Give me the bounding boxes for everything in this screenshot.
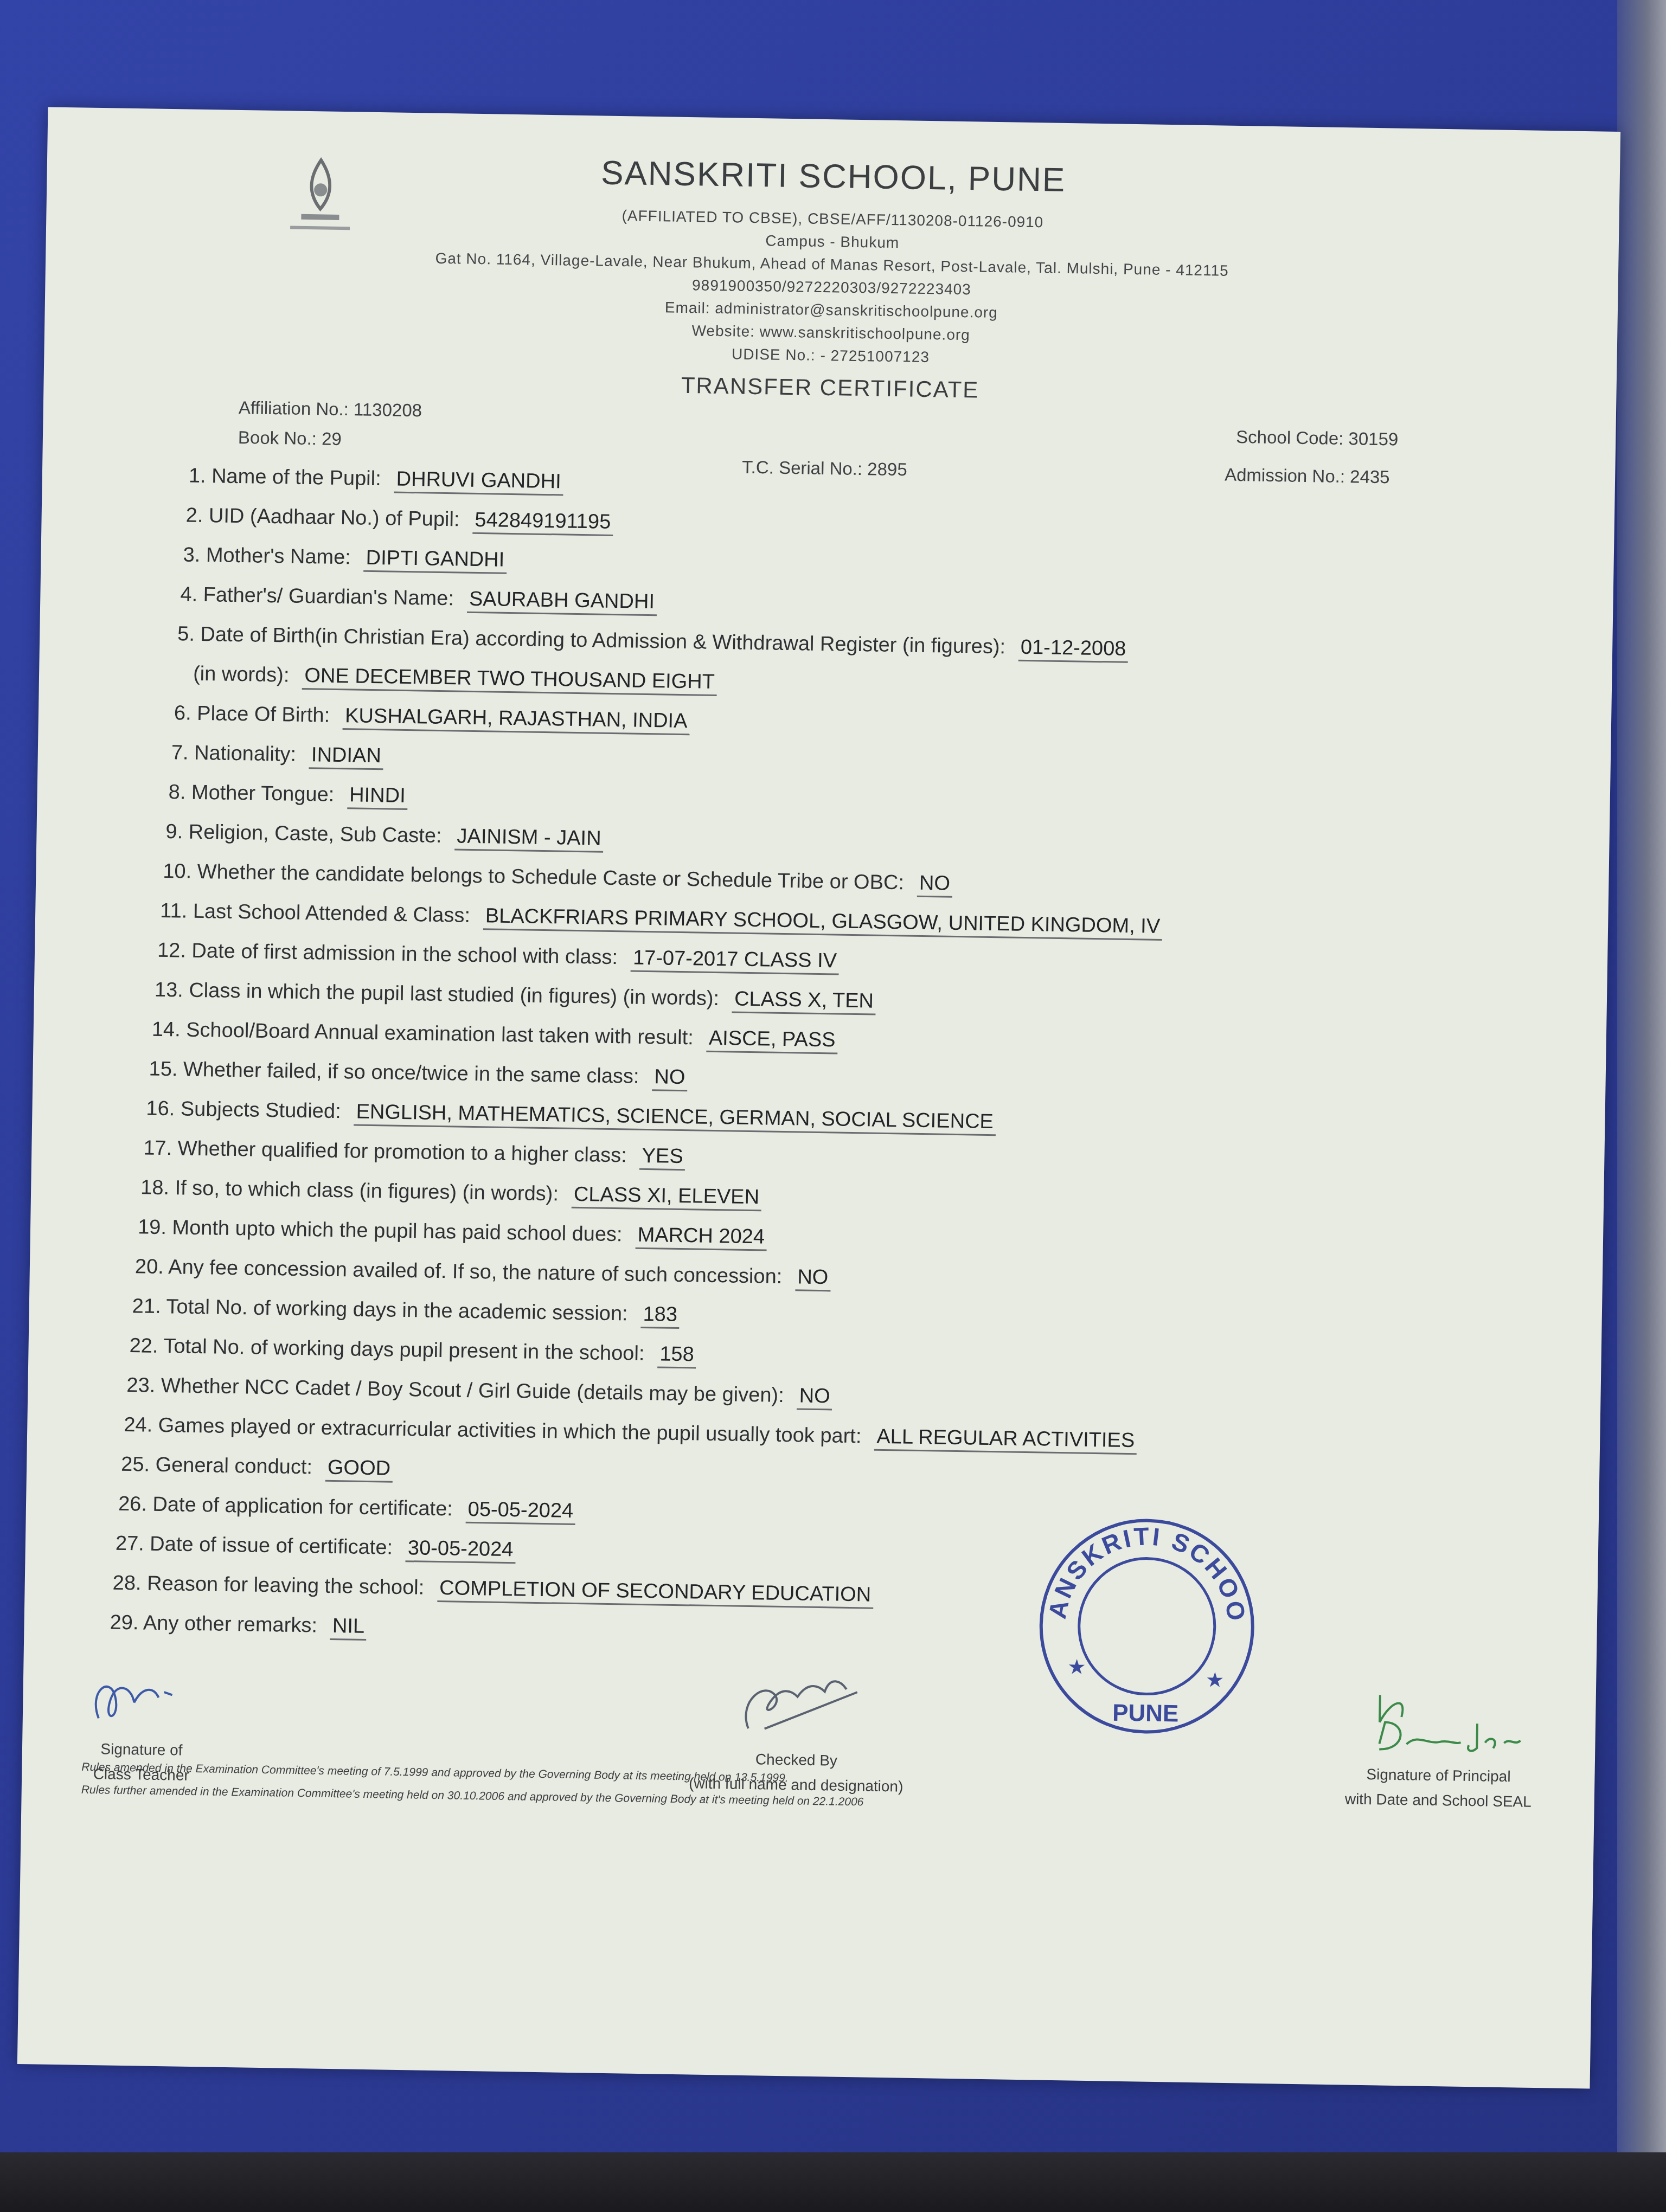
field-value: AISCE, PASS — [706, 1027, 837, 1054]
field-value: NO — [797, 1384, 832, 1410]
field-value: 01-12-2008 — [1018, 636, 1129, 663]
field-label: 1. Name of the Pupil: — [189, 465, 381, 491]
field-label: 2. UID (Aadhaar No.) of Pupil: — [185, 504, 459, 531]
field-label: 15. Whether failed, if so once/twice in … — [149, 1058, 639, 1088]
affiliation-no: Affiliation No.: 1130208 — [239, 397, 422, 421]
certificate-header: SANSKRITI SCHOOL, PUNE (AFFILIATED TO CB… — [43, 145, 1620, 413]
field-label: 5. Date of Birth(in Christian Era) accor… — [177, 622, 1005, 658]
svg-text:SANSKRITI SCHOOL: SANSKRITI SCHOOL — [1031, 1510, 1253, 1625]
field-value: NO — [795, 1265, 831, 1291]
field-value: NIL — [330, 1615, 367, 1641]
field-value: GOOD — [325, 1456, 393, 1483]
field-value: YES — [639, 1144, 685, 1171]
field-value: JAINISM - JAIN — [454, 825, 604, 852]
svg-text:★: ★ — [1206, 1668, 1225, 1692]
field-value: 17-07-2017 CLASS IV — [631, 947, 840, 975]
field-label: 27. Date of issue of certificate: — [116, 1532, 393, 1559]
floor — [0, 2152, 1666, 2212]
field-value: COMPLETION OF SECONDARY EDUCATION — [437, 1577, 874, 1609]
signature-mark-icon — [82, 1669, 203, 1731]
field-label: 9. Religion, Caste, Sub Caste: — [165, 820, 442, 847]
field-value: HINDI — [347, 783, 408, 810]
field-label: 22. Total No. of working days pupil pres… — [129, 1334, 644, 1365]
field-value: MARCH 2024 — [635, 1224, 767, 1251]
field-label: 20. Any fee concession availed of. If so… — [135, 1255, 783, 1288]
field-label: 28. Reason for leaving the school: — [112, 1572, 424, 1599]
school-code: School Code: 30159 — [1236, 427, 1399, 450]
field-label: 13. Class in which the pupil last studie… — [155, 979, 720, 1010]
field-value: ALL REGULAR ACTIVITIES — [874, 1425, 1137, 1455]
field-value: 30-05-2024 — [406, 1536, 516, 1564]
field-value: CLASS XI, ELEVEN — [572, 1183, 762, 1211]
field-label: 19. Month upto which the pupil has paid … — [138, 1216, 623, 1246]
field-label: 6. Place Of Birth: — [174, 702, 330, 727]
field-value: SAURABH GANDHI — [466, 588, 657, 616]
certificate-fields: 1. Name of the Pupil:DHRUVI GANDHI2. UID… — [170, 456, 1545, 1665]
field-label: 25. General conduct: — [121, 1453, 312, 1479]
field-value: KUSHALGARH, RAJASTHAN, INDIA — [343, 704, 690, 735]
svg-text:PUNE: PUNE — [1112, 1700, 1179, 1727]
field-label: 17. Whether qualified for promotion to a… — [143, 1136, 627, 1167]
field-label: 18. If so, to which class (in figures) (… — [140, 1176, 559, 1205]
svg-text:★: ★ — [1067, 1655, 1086, 1679]
field-value: ENGLISH, MATHEMATICS, SCIENCE, GERMAN, S… — [354, 1101, 996, 1136]
field-value: 183 — [640, 1303, 680, 1329]
field-label: 21. Total No. of working days in the aca… — [132, 1295, 627, 1325]
field-value: NO — [652, 1065, 688, 1091]
field-value: CLASS X, TEN — [732, 987, 876, 1015]
field-value: DIPTI GANDHI — [363, 546, 507, 574]
field-label: 8. Mother Tongue: — [168, 781, 334, 806]
signature-mark-icon — [715, 1657, 879, 1741]
field-label: 14. School/Board Annual examination last… — [152, 1018, 694, 1050]
school-seal-stamp: SANSKRITI SCHOOL PUNE ★ ★ — [1031, 1510, 1263, 1742]
field-label: 10. Whether the candidate belongs to Sch… — [163, 860, 904, 894]
principal-signature: Signature of Principal with Date and Sch… — [1344, 1689, 1533, 1814]
field-label: 4. Father's/ Guardian's Name: — [180, 583, 454, 610]
field-label: 24. Games played or extracurricular acti… — [124, 1413, 862, 1448]
field-value: DHRUVI GANDHI — [394, 468, 563, 496]
field-label: 3. Mother's Name: — [183, 543, 351, 569]
field-value: NO — [917, 872, 953, 898]
folder-edge — [1617, 0, 1666, 2212]
field-value: 05-05-2024 — [465, 1498, 575, 1525]
field-label: 29. Any other remarks: — [110, 1611, 317, 1637]
field-value: 542849191195 — [472, 509, 613, 536]
field-value: INDIAN — [309, 743, 384, 770]
field-label: 26. Date of application for certificate: — [118, 1493, 453, 1521]
field-label: 7. Nationality: — [171, 741, 297, 766]
field-label: 23. Whether NCC Cadet / Boy Scout / Girl… — [126, 1374, 784, 1407]
book-no: Book No.: 29 — [238, 427, 342, 449]
field-value: BLACKFRIARS PRIMARY SCHOOL, GLASGOW, UNI… — [483, 904, 1163, 941]
signature-mark-icon — [1347, 1689, 1532, 1757]
field-value: 158 — [657, 1342, 696, 1368]
field-label: 12. Date of first admission in the schoo… — [157, 939, 618, 969]
field-label: 11. Last School Attended & Class: — [160, 899, 470, 927]
transfer-certificate: SANSKRITI SCHOOL, PUNE (AFFILIATED TO CB… — [17, 107, 1620, 2088]
field-label: 16. Subjects Studied: — [146, 1097, 341, 1123]
